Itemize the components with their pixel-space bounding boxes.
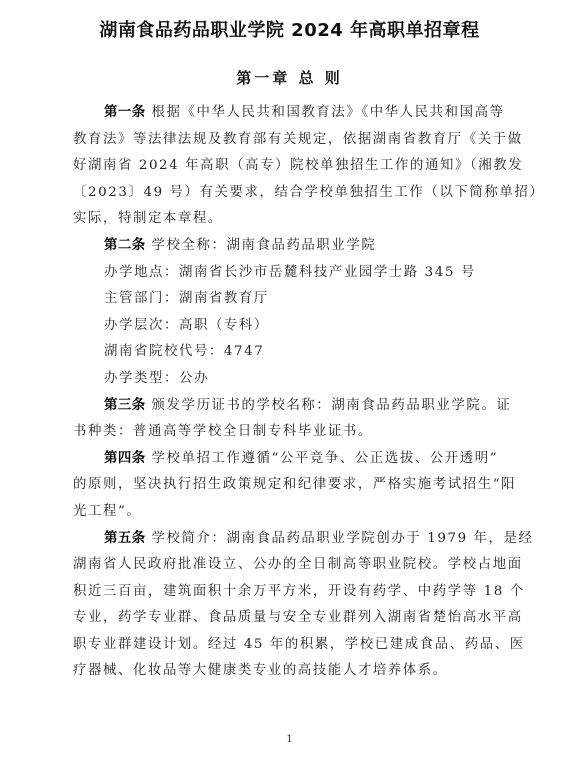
school-address: 办学地点：湖南省长沙市岳麓科技产业园学士路 345 号 <box>73 260 507 287</box>
article-text: 好湖南省 2024 年高职（高专）院校单独招生工作的通知》（湘教发 <box>73 153 507 180</box>
article-label: 第四条 <box>104 451 146 466</box>
supervising-department: 主管部门：湖南省教育厅 <box>73 286 507 313</box>
article-text: 疗器械、化妆品等大健康类专业的高技能人才培养体系。 <box>73 658 507 685</box>
article-text: 积近三百亩，建筑面积十余万平方米，开设有药学、中药学等 18 个 <box>73 579 507 606</box>
article-label: 第三条 <box>104 398 146 413</box>
article-text: 颁发学历证书的学校名称：湖南食品药品职业学院。证 <box>152 398 512 413</box>
article-text: 学校全称：湖南食品药品职业学院 <box>152 238 377 253</box>
education-level: 办学层次：高职（专科） <box>73 313 507 340</box>
article-text: 根据《中华人民共和国教育法》《中华人民共和国高等 <box>152 105 505 120</box>
article-5: 第五条 学校简介：湖南食品药品职业学院创办于 1979 年，是经 湖南省人民政府… <box>73 526 507 686</box>
article-text: 学校单招工作遵循“公平竞争、公正选拔、公开透明” <box>152 451 499 466</box>
article-2: 第二条 学校全称：湖南食品药品职业学院 办学地点：湖南省长沙市岳麓科技产业园学士… <box>73 233 507 393</box>
article-label: 第一条 <box>104 105 146 120</box>
article-text: 的原则，坚决执行招生政策规定和纪律要求，严格实施考试招生“阳 <box>73 472 507 499</box>
document-body: 第一条 根据《中华人民共和国教育法》《中华人民共和国高等 教育法》等法律法规及教… <box>73 100 507 685</box>
chapter-heading: 第一章 总 则 <box>0 66 579 90</box>
article-1: 第一条 根据《中华人民共和国教育法》《中华人民共和国高等 教育法》等法律法规及教… <box>73 100 507 233</box>
document-page: 湖南食品药品职业学院 2024 年高职单招章程 第一章 总 则 第一条 根据《中… <box>0 0 579 762</box>
article-4: 第四条 学校单招工作遵循“公平竞争、公正选拔、公开透明” 的原则，坚决执行招生政… <box>73 446 507 526</box>
article-text: 〔2023〕49 号）有关要求，结合学校单独招生工作（以下简称单招） <box>73 180 507 207</box>
article-text: 书种类：普通高等学校全日制专科毕业证书。 <box>73 419 507 446</box>
document-title: 湖南食品药品职业学院 2024 年高职单招章程 <box>0 18 579 44</box>
article-label: 第五条 <box>104 531 146 546</box>
page-number: 1 <box>0 734 579 745</box>
article-text: 光工程”。 <box>73 499 507 526</box>
article-label: 第二条 <box>104 238 146 253</box>
article-text: 职专业群建设计划。经过 45 年的积累，学校已建成食品、药品、医 <box>73 632 507 659</box>
article-text: 专业，药学专业群、食品质量与安全专业群列入湖南省楚怡高水平高 <box>73 605 507 632</box>
institution-code: 湖南省院校代号：4747 <box>73 339 507 366</box>
article-text: 实际，特制定本章程。 <box>73 206 507 233</box>
article-3: 第三条 颁发学历证书的学校名称：湖南食品药品职业学院。证 书种类：普通高等学校全… <box>73 393 507 446</box>
article-text: 教育法》等法律法规及教育部有关规定，依据湖南省教育厅《关于做 <box>73 127 507 154</box>
article-text: 学校简介：湖南食品药品职业学院创办于 1979 年，是经 <box>152 531 534 546</box>
school-type: 办学类型：公办 <box>73 366 507 393</box>
article-text: 湖南省人民政府批准设立、公办的全日制高等职业院校。学校占地面 <box>73 552 507 579</box>
